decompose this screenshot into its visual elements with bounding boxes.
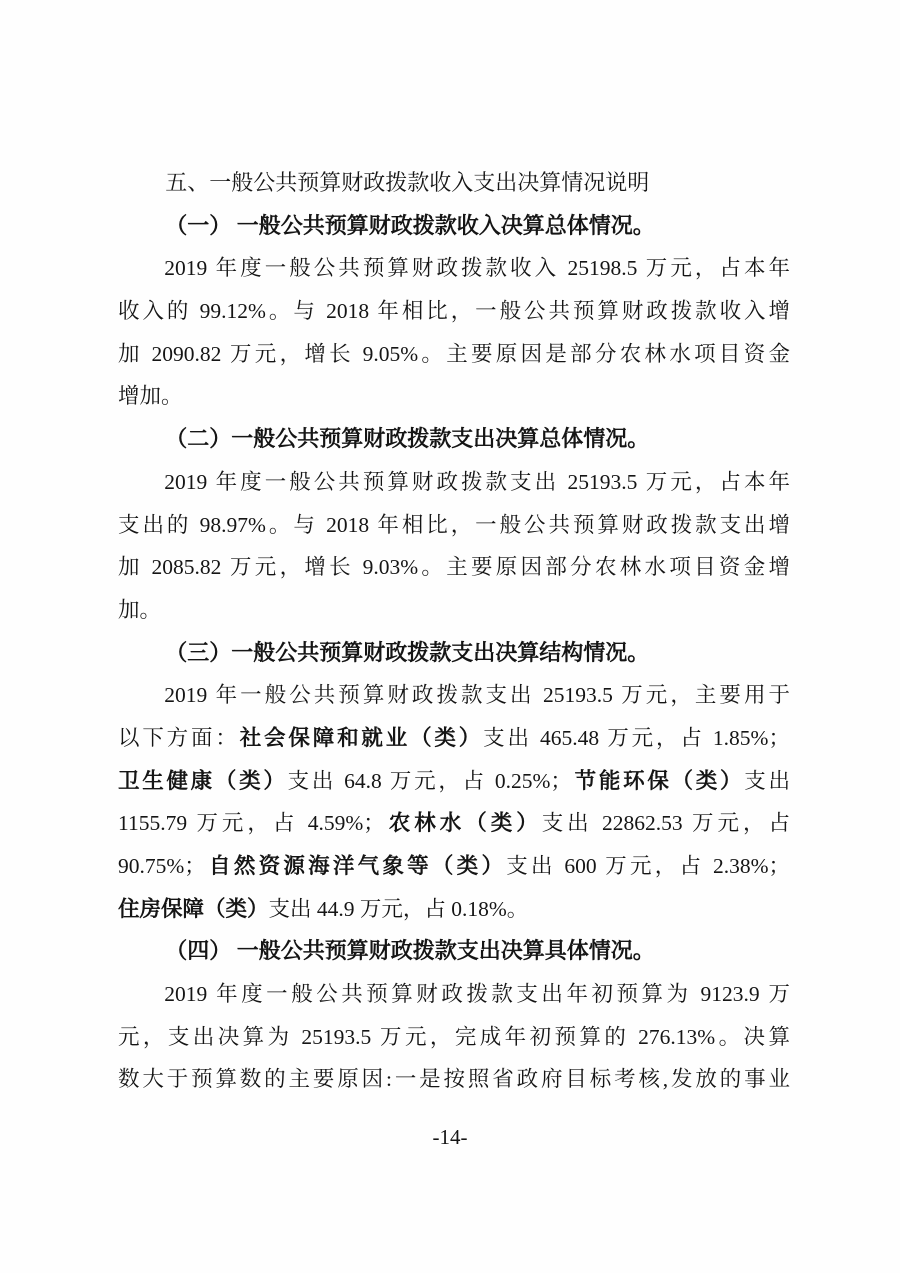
subsection-heading: （二）一般公共预算财政拨款支出决算总体情况。 [118,418,790,461]
text-segment: 数大于预算数的主要原因:一是按照省政府目标考核,发放的事业 [118,1067,790,1091]
emphasized-text-segment: 社会保障和就业（类） [240,726,483,750]
text-segment: 90.75%； [118,854,206,878]
text-segment: 支出 44.9 万元，占 0.18%。 [269,897,529,921]
page-number: -14- [0,1122,900,1152]
subsection-heading: （三）一般公共预算财政拨款支出决算结构情况。 [118,632,790,675]
text-segment: 加 2085.82 万元，增长 9.03%。主要原因部分农林水项目资金增 [118,555,790,579]
text-segment: 1155.79 万元，占 4.59%； [118,811,385,835]
text-segment: 以下方面： [118,726,240,750]
paragraph-line: 90.75%；自然资源海洋气象等（类）支出 600 万元，占 2.38%； [118,845,790,888]
text-segment: 加。 [118,598,161,622]
text-segment: 2019 年一般公共预算财政拨款支出 25193.5 万元，主要用于 [164,683,790,707]
paragraph-line: 收入的 99.12%。与 2018 年相比，一般公共预算财政拨款收入增 [118,290,790,333]
paragraph-line: 卫生健康（类）支出 64.8 万元，占 0.25%；节能环保（类）支出 [118,760,790,803]
text-segment: 2019 年度一般公共预算财政拨款支出 25193.5 万元，占本年 [164,470,790,494]
emphasized-text-segment: （四） 一般公共预算财政拨款支出决算具体情况。 [165,938,655,963]
emphasized-text-segment: （二）一般公共预算财政拨款支出决算总体情况。 [165,426,649,451]
document-body: 五、一般公共预算财政拨款收入支出决算情况说明（一） 一般公共预算财政拨款收入决算… [118,162,790,1101]
text-segment: 支出的 98.97%。与 2018 年相比，一般公共预算财政拨款支出增 [118,513,790,537]
paragraph-line: 以下方面：社会保障和就业（类）支出 465.48 万元，占 1.85%； [118,717,790,760]
paragraph-line: 数大于预算数的主要原因:一是按照省政府目标考核,发放的事业 [118,1058,790,1101]
text-segment: 五、一般公共预算财政拨款收入支出决算情况说明 [165,170,649,195]
paragraph-line: 元，支出决算为 25193.5 万元，完成年初预算的 276.13%。决算 [118,1016,790,1059]
paragraph-line: 加。 [118,589,790,632]
paragraph-line: 2019 年一般公共预算财政拨款支出 25193.5 万元，主要用于 [118,674,790,717]
text-segment: 加 2090.82 万元，增长 9.05%。主要原因是部分农林水项目资金 [118,342,790,366]
text-segment: 支出 465.48 万元，占 1.85%； [483,726,790,750]
emphasized-text-segment: 自然资源海洋气象等（类） [206,854,506,878]
paragraph-line: 2019 年度一般公共预算财政拨款支出 25193.5 万元，占本年 [118,461,790,504]
paragraph-line: 2019 年度一般公共预算财政拨款收入 25198.5 万元，占本年 [118,247,790,290]
paragraph-line: 2019 年度一般公共预算财政拨款支出年初预算为 9123.9 万 [118,973,790,1016]
text-segment: 2019 年度一般公共预算财政拨款收入 25198.5 万元，占本年 [164,256,790,280]
paragraph-line: 增加。 [118,375,790,418]
text-segment: 元，支出决算为 25193.5 万元，完成年初预算的 276.13%。决算 [118,1025,790,1049]
document-page: 五、一般公共预算财政拨款收入支出决算情况说明（一） 一般公共预算财政拨款收入决算… [0,0,900,1273]
text-segment: 支出 [744,769,790,793]
text-segment: 支出 600 万元，占 2.38%； [506,854,790,878]
emphasized-text-segment: （三）一般公共预算财政拨款支出决算结构情况。 [165,640,649,665]
paragraph-line: 加 2085.82 万元，增长 9.03%。主要原因部分农林水项目资金增 [118,546,790,589]
text-segment: 收入的 99.12%。与 2018 年相比，一般公共预算财政拨款收入增 [118,299,790,323]
paragraph-line: 加 2090.82 万元，增长 9.05%。主要原因是部分农林水项目资金 [118,333,790,376]
text-segment: 2019 年度一般公共预算财政拨款支出年初预算为 9123.9 万 [164,982,790,1006]
text-segment: 支出 22862.53 万元，占 [542,811,790,835]
subsection-heading: （一） 一般公共预算财政拨款收入决算总体情况。 [118,205,790,248]
emphasized-text-segment: 住房保障（类） [118,897,269,921]
section-heading: 五、一般公共预算财政拨款收入支出决算情况说明 [118,162,790,205]
paragraph-line: 住房保障（类）支出 44.9 万元，占 0.18%。 [118,888,790,931]
emphasized-text-segment: 节能环保（类） [572,769,744,793]
text-segment: 支出 64.8 万元，占 0.25%； [288,769,572,793]
emphasized-text-segment: 农林水（类） [385,811,542,835]
text-segment: 增加。 [118,384,183,408]
paragraph-line: 1155.79 万元，占 4.59%；农林水（类）支出 22862.53 万元，… [118,802,790,845]
subsection-heading: （四） 一般公共预算财政拨款支出决算具体情况。 [118,930,790,973]
emphasized-text-segment: （一） 一般公共预算财政拨款收入决算总体情况。 [165,213,655,238]
emphasized-text-segment: 卫生健康（类） [118,769,288,793]
paragraph-line: 支出的 98.97%。与 2018 年相比，一般公共预算财政拨款支出增 [118,504,790,547]
